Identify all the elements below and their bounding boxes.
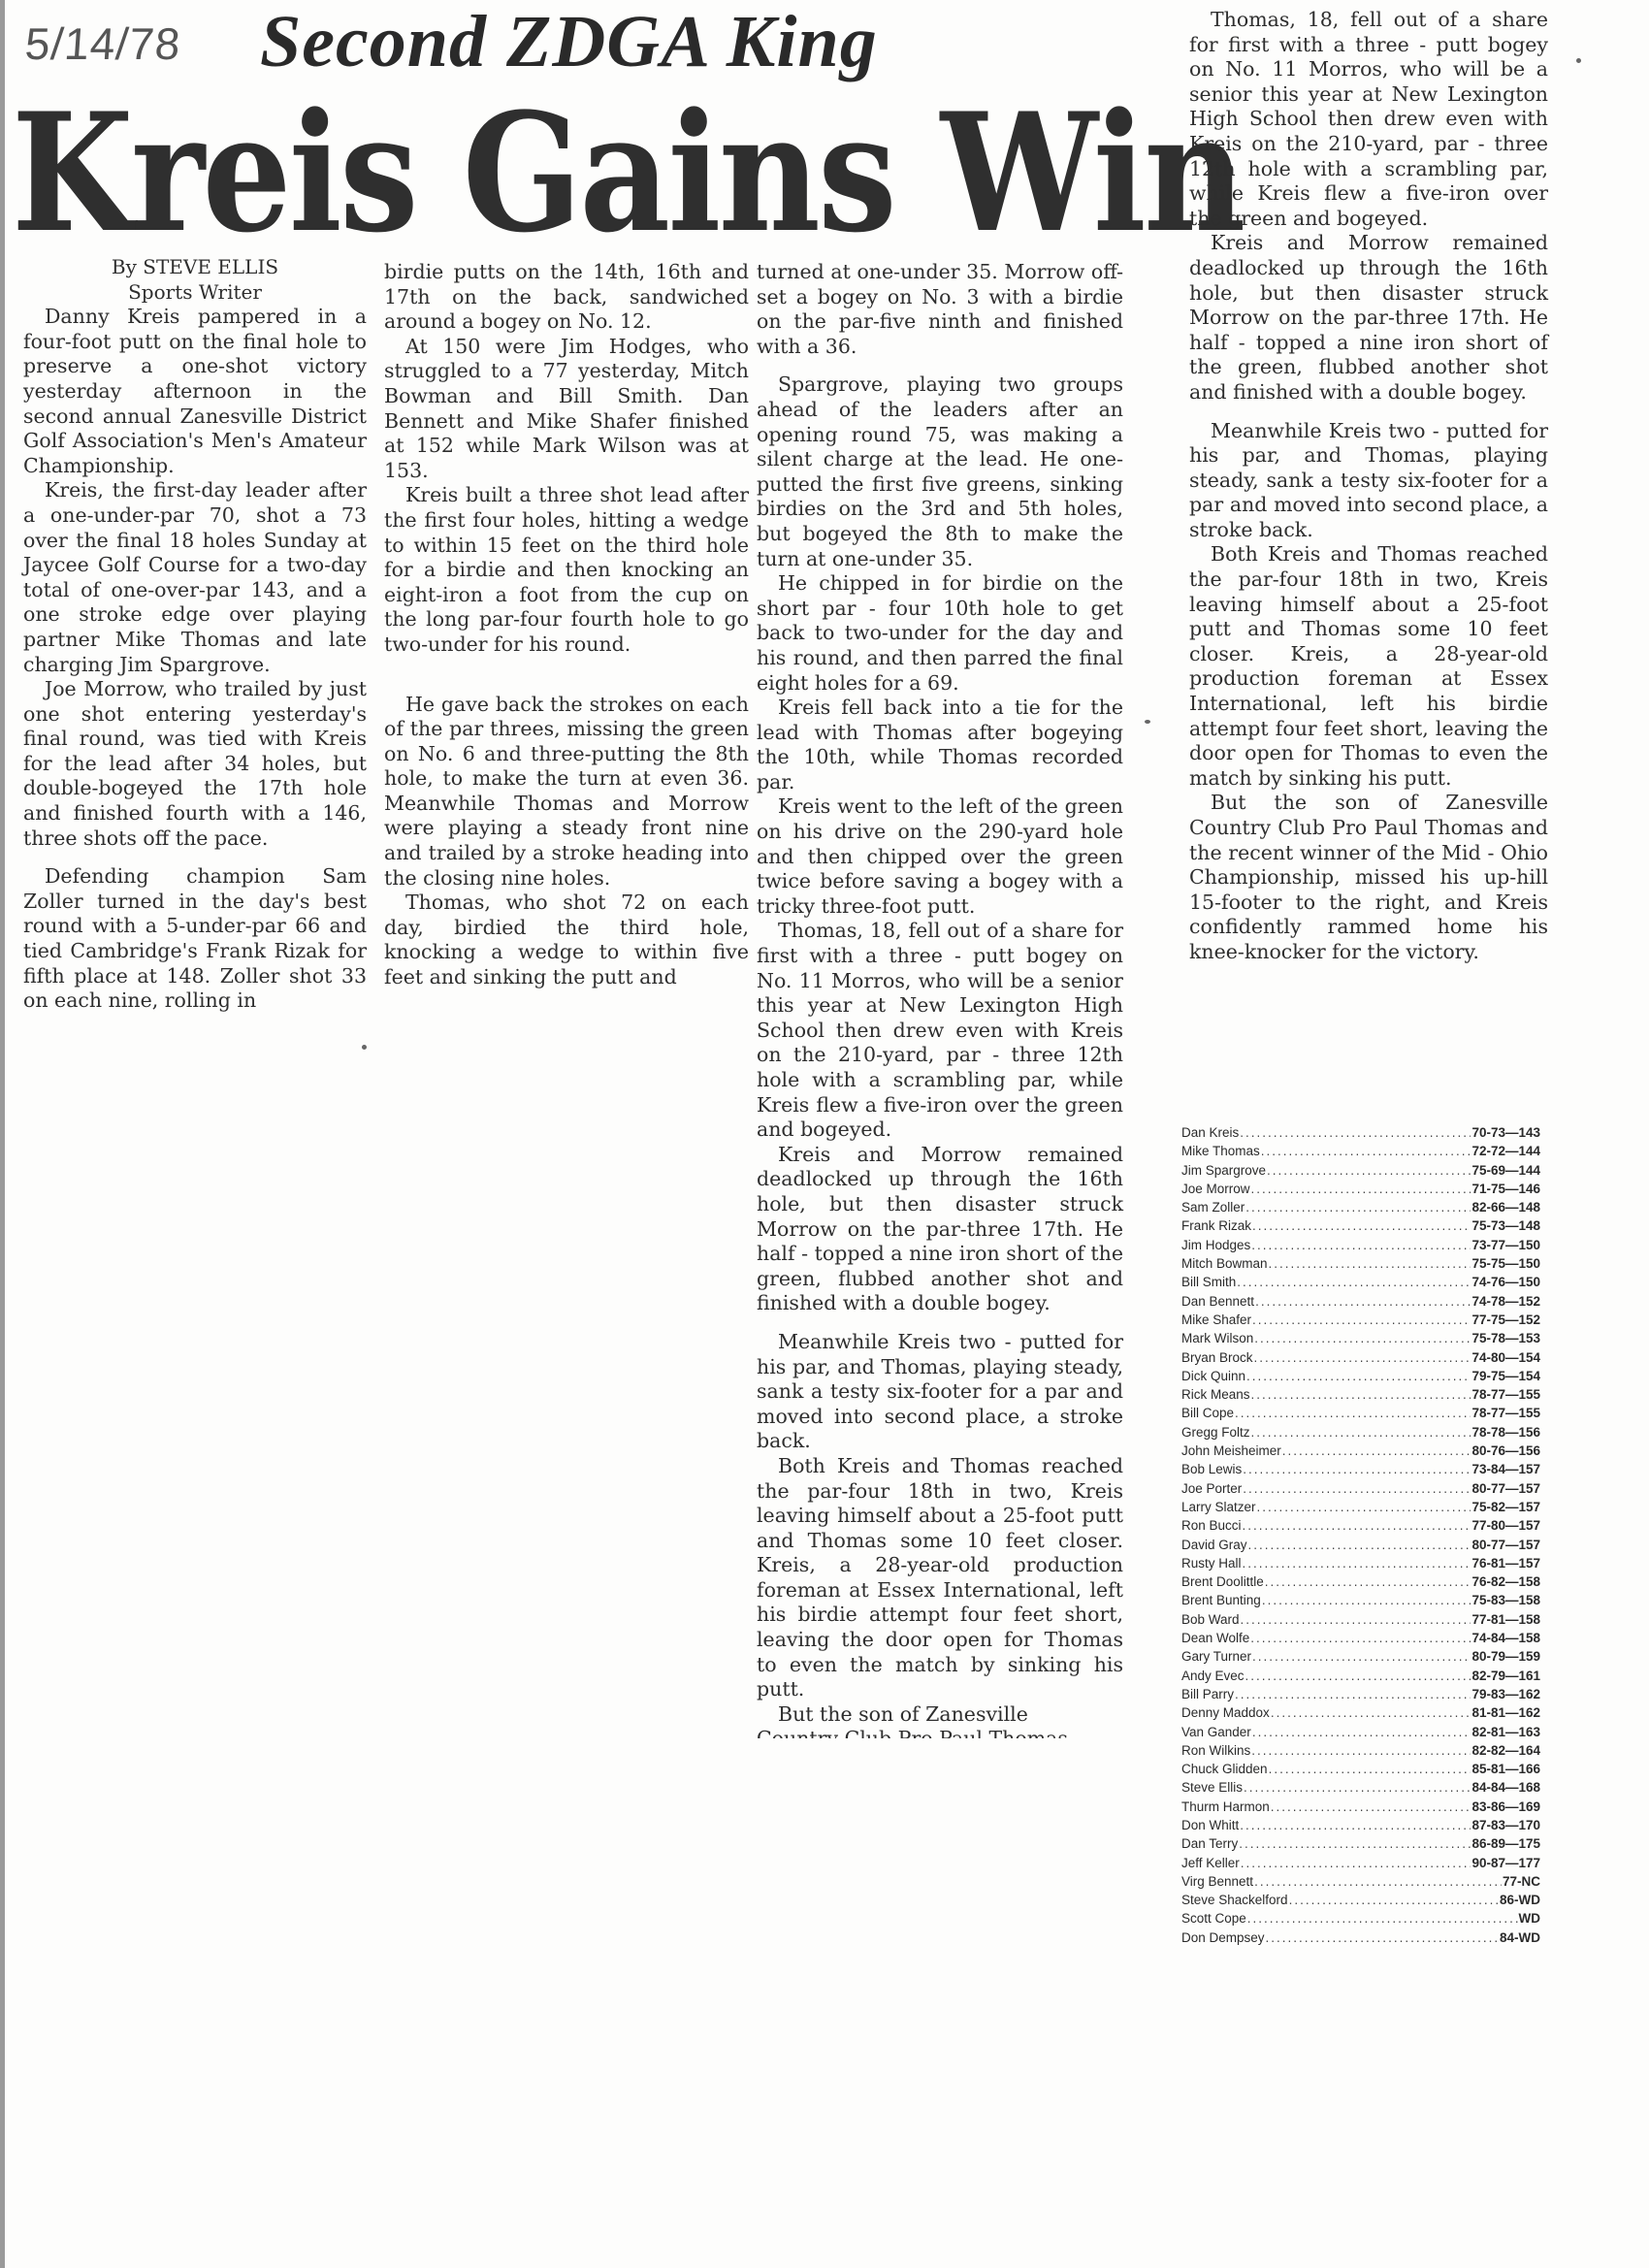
player-score: 75-78—153	[1471, 1329, 1540, 1347]
player-name: Mitch Bowman	[1181, 1254, 1268, 1273]
leader-dots	[1269, 1254, 1471, 1273]
result-row: John Meisheimer80-76—156	[1181, 1442, 1540, 1460]
paragraph: Kreis and Morrow remained deadlocked up …	[757, 1143, 1123, 1316]
player-score: 76-81—157	[1471, 1554, 1540, 1572]
result-row: Denny Maddox81-81—162	[1181, 1703, 1540, 1722]
leader-dots	[1269, 1760, 1471, 1778]
result-row: Mike Thomas72-72—144	[1181, 1142, 1540, 1160]
player-name: Bill Parry	[1181, 1685, 1234, 1703]
player-score: 81-81—162	[1471, 1703, 1540, 1722]
paragraph: Both Kreis and Thomas reached the par-fo…	[1189, 542, 1548, 791]
player-name: Dick Quinn	[1181, 1367, 1245, 1385]
leader-dots	[1251, 1385, 1471, 1404]
paragraph: Thomas, 18, fell out of a share for firs…	[757, 919, 1123, 1142]
leader-dots	[1271, 1798, 1471, 1816]
player-score: 80-77—157	[1471, 1479, 1540, 1498]
leader-dots	[1251, 1423, 1471, 1442]
leader-dots	[1254, 1348, 1471, 1367]
player-name: Ron Wilkins	[1181, 1741, 1250, 1760]
leader-dots	[1235, 1685, 1471, 1703]
player-score: 80-77—157	[1471, 1536, 1540, 1554]
leader-dots	[1239, 1834, 1471, 1853]
player-name: Denny Maddox	[1181, 1703, 1270, 1722]
article-column-2: birdie putts on the 14th, 16th and 17th …	[384, 260, 749, 990]
player-score: 80-79—159	[1471, 1647, 1540, 1666]
player-name: Steve Ellis	[1181, 1778, 1243, 1797]
paragraph: Danny Kreis pampered in a four-foot putt…	[23, 305, 367, 478]
byline-title: Sports Writer	[23, 280, 367, 306]
player-score: 75-73—148	[1471, 1216, 1540, 1235]
player-score: 82-81—163	[1471, 1723, 1540, 1741]
player-name: Gary Turner	[1181, 1647, 1251, 1666]
paragraph: Meanwhile Kreis two - putted for his par…	[1189, 419, 1548, 543]
result-row: Mike Shafer77-75—152	[1181, 1311, 1540, 1329]
article-column-3: turned at one-under 35. Morrow off-set a…	[757, 260, 1123, 1738]
player-name: Bryan Brock	[1181, 1348, 1253, 1367]
result-row: Rick Means78-77—155	[1181, 1385, 1540, 1404]
leader-dots	[1251, 1741, 1471, 1760]
player-name: Joe Morrow	[1181, 1180, 1250, 1198]
paragraph: Kreis fell back into a tie for the lead …	[757, 696, 1123, 794]
player-name: David Gray	[1181, 1536, 1247, 1554]
leader-dots	[1251, 1180, 1471, 1198]
player-name: Jim Spargrove	[1181, 1161, 1266, 1180]
player-name: Mark Wilson	[1181, 1329, 1253, 1347]
player-name: Mike Thomas	[1181, 1142, 1260, 1160]
player-score: 86-89—175	[1471, 1834, 1540, 1853]
result-row: Mitch Bowman75-75—150	[1181, 1254, 1540, 1273]
result-row: Brent Bunting75-83—158	[1181, 1591, 1540, 1609]
leader-dots	[1245, 1198, 1471, 1216]
scan-speck	[362, 1045, 367, 1050]
player-score: 75-83—158	[1471, 1591, 1540, 1609]
leader-dots	[1247, 1909, 1518, 1928]
scan-speck	[1576, 58, 1581, 63]
result-row: Thurm Harmon83-86—169	[1181, 1798, 1540, 1816]
leader-dots	[1243, 1479, 1471, 1498]
player-score: 79-75—154	[1471, 1367, 1540, 1385]
result-row: Jeff Keller90-87—177	[1181, 1854, 1540, 1872]
leader-dots	[1250, 1629, 1471, 1647]
paragraph: Thomas, who shot 72 on each day, birdied…	[384, 891, 749, 989]
player-score: 90-87—177	[1471, 1854, 1540, 1872]
player-score: 80-76—156	[1471, 1442, 1540, 1460]
leader-dots	[1245, 1667, 1471, 1685]
player-name: Dan Terry	[1181, 1834, 1238, 1853]
player-name: Jeff Keller	[1181, 1854, 1240, 1872]
paragraph: But the son of Zanesville	[757, 1702, 1123, 1728]
paragraph: But the son of Zanesville Country Club P…	[1189, 791, 1548, 964]
paragraph: Spargrove, playing two groups ahead of t…	[757, 373, 1123, 571]
handwritten-date: 5/14/78	[23, 17, 182, 70]
byline: By STEVE ELLIS	[23, 255, 367, 280]
result-row: Bill Parry79-83—162	[1181, 1685, 1540, 1703]
result-row: Dan Bennett74-78—152	[1181, 1292, 1540, 1311]
result-row: Ron Wilkins82-82—164	[1181, 1741, 1540, 1760]
result-row: Van Gander82-81—163	[1181, 1723, 1540, 1741]
player-score: 75-75—150	[1471, 1254, 1540, 1273]
results-table: Dan Kreis70-73—143Mike Thomas72-72—144Ji…	[1181, 1123, 1540, 1947]
result-row: Mark Wilson75-78—153	[1181, 1329, 1540, 1347]
scan-left-edge	[0, 0, 5, 2268]
player-score: 74-84—158	[1471, 1629, 1540, 1647]
result-row: Jim Spargrove75-69—144	[1181, 1161, 1540, 1180]
leader-dots	[1257, 1498, 1471, 1516]
result-row: Jim Hodges73-77—150	[1181, 1236, 1540, 1254]
player-score: 73-77—150	[1471, 1236, 1540, 1254]
leader-dots	[1243, 1516, 1471, 1535]
player-score: 71-75—146	[1471, 1180, 1540, 1198]
player-name: Bob Ward	[1181, 1610, 1240, 1629]
player-name: Gregg Foltz	[1181, 1423, 1250, 1442]
result-row: Steve Ellis84-84—168	[1181, 1778, 1540, 1797]
player-name: Brent Bunting	[1181, 1591, 1261, 1609]
paragraph: Meanwhile Kreis two - putted for his par…	[757, 1330, 1123, 1454]
player-name: Mike Shafer	[1181, 1311, 1251, 1329]
leader-dots	[1246, 1367, 1471, 1385]
player-score: 77-75—152	[1471, 1311, 1540, 1329]
result-row: Larry Slatzer75-82—157	[1181, 1498, 1540, 1516]
result-row: David Gray80-77—157	[1181, 1536, 1540, 1554]
player-score: 84-WD	[1500, 1928, 1540, 1947]
leader-dots	[1240, 1816, 1471, 1834]
result-row: Gary Turner80-79—159	[1181, 1647, 1540, 1666]
player-name: Brent Doolittle	[1181, 1572, 1264, 1591]
article-column-1: By STEVE ELLIS Sports Writer Danny Kreis…	[23, 255, 367, 1014]
scan-speck	[1145, 720, 1150, 724]
player-name: Frank Rizak	[1181, 1216, 1251, 1235]
paragraph: Thomas, 18, fell out of a share for firs…	[1189, 8, 1548, 231]
player-name: Larry Slatzer	[1181, 1498, 1256, 1516]
player-score: 77-80—157	[1471, 1516, 1540, 1535]
leader-dots	[1267, 1161, 1471, 1180]
paragraph: Defending champion Sam Zoller turned in …	[23, 864, 367, 1014]
player-score: 72-72—144	[1471, 1142, 1540, 1160]
paragraph: Kreis, the first-day leader after a one-…	[23, 478, 367, 677]
leader-dots	[1265, 1572, 1471, 1591]
player-score: 74-78—152	[1471, 1292, 1540, 1311]
result-row: Brent Doolittle76-82—158	[1181, 1572, 1540, 1591]
paragraph: turned at one-under 35. Morrow off-set a…	[757, 260, 1123, 359]
result-row: Dick Quinn79-75—154	[1181, 1367, 1540, 1385]
player-score: 76-82—158	[1471, 1572, 1540, 1591]
player-name: Chuck Glidden	[1181, 1760, 1268, 1778]
leader-dots	[1261, 1142, 1471, 1160]
result-row: Bill Smith74-76—150	[1181, 1273, 1540, 1291]
cut-off-line: Country Club Pro Paul Thomas	[757, 1727, 1123, 1738]
result-row: Bob Ward77-81—158	[1181, 1610, 1540, 1629]
leader-dots	[1235, 1404, 1471, 1422]
leader-dots	[1251, 1236, 1471, 1254]
player-name: Dean Wolfe	[1181, 1629, 1249, 1647]
result-row: Steve Shackelford86-WD	[1181, 1891, 1540, 1909]
leader-dots	[1254, 1329, 1471, 1347]
player-name: Virg Bennett	[1181, 1872, 1253, 1891]
paragraph: Kreis and Morrow remained deadlocked up …	[1189, 231, 1548, 405]
player-name: Steve Shackelford	[1181, 1891, 1288, 1909]
player-score: WD	[1519, 1909, 1541, 1928]
article-column-4: Thomas, 18, fell out of a share for firs…	[1189, 8, 1548, 965]
player-name: Scott Cope	[1181, 1909, 1246, 1928]
leader-dots	[1254, 1872, 1502, 1891]
leader-dots	[1244, 1778, 1471, 1797]
leader-dots	[1252, 1216, 1471, 1235]
leader-dots	[1240, 1123, 1471, 1142]
result-row: Frank Rizak75-73—148	[1181, 1216, 1540, 1235]
kicker-headline: Second ZDGA King	[260, 0, 878, 84]
result-row: Chuck Glidden85-81—166	[1181, 1760, 1540, 1778]
player-score: 78-77—155	[1471, 1385, 1540, 1404]
leader-dots	[1241, 1610, 1471, 1629]
main-headline: Kreis Gains Win	[12, 85, 1244, 260]
player-score: 77-81—158	[1471, 1610, 1540, 1629]
result-row: Dan Terry86-89—175	[1181, 1834, 1540, 1853]
leader-dots	[1282, 1442, 1471, 1460]
result-row: Rusty Hall76-81—157	[1181, 1554, 1540, 1572]
player-score: 82-79—161	[1471, 1667, 1540, 1685]
player-score: 73-84—157	[1471, 1460, 1540, 1478]
player-name: Don Dempsey	[1181, 1928, 1265, 1947]
result-row: Bill Cope78-77—155	[1181, 1404, 1540, 1422]
result-row: Dan Kreis70-73—143	[1181, 1123, 1540, 1142]
player-name: Sam Zoller	[1181, 1198, 1245, 1216]
paragraph: Joe Morrow, who trailed by just one shot…	[23, 677, 367, 851]
leader-dots	[1241, 1854, 1471, 1872]
result-row: Bryan Brock74-80—154	[1181, 1348, 1540, 1367]
player-score: 74-76—150	[1471, 1273, 1540, 1291]
player-score: 75-82—157	[1471, 1498, 1540, 1516]
player-name: Ron Bucci	[1181, 1516, 1242, 1535]
paragraph: Kreis went to the left of the green on h…	[757, 794, 1123, 919]
leader-dots	[1252, 1647, 1471, 1666]
paragraph: birdie putts on the 14th, 16th and 17th …	[384, 260, 749, 335]
leader-dots	[1252, 1311, 1471, 1329]
result-row: Bob Lewis73-84—157	[1181, 1460, 1540, 1478]
leader-dots	[1243, 1554, 1471, 1572]
paragraph: Both Kreis and Thomas reached the par-fo…	[757, 1454, 1123, 1702]
leader-dots	[1289, 1891, 1499, 1909]
player-name: Don Whitt	[1181, 1816, 1239, 1834]
player-score: 82-82—164	[1471, 1741, 1540, 1760]
player-score: 82-66—148	[1471, 1198, 1540, 1216]
player-score: 75-69—144	[1471, 1161, 1540, 1180]
player-name: Joe Porter	[1181, 1479, 1242, 1498]
player-name: Dan Kreis	[1181, 1123, 1239, 1142]
result-row: Andy Evec82-79—161	[1181, 1667, 1540, 1685]
player-score: 78-77—155	[1471, 1404, 1540, 1422]
leader-dots	[1237, 1273, 1471, 1291]
player-name: Andy Evec	[1181, 1667, 1245, 1685]
player-score: 87-83—170	[1471, 1816, 1540, 1834]
result-row: Scott CopeWD	[1181, 1909, 1540, 1928]
player-name: Jim Hodges	[1181, 1236, 1250, 1254]
player-score: 84-84—168	[1471, 1778, 1540, 1797]
paragraph: At 150 were Jim Hodges, who struggled to…	[384, 335, 749, 484]
result-row: Gregg Foltz78-78—156	[1181, 1423, 1540, 1442]
player-name: John Meisheimer	[1181, 1442, 1281, 1460]
paragraph: He gave back the strokes on each of the …	[384, 693, 749, 891]
player-name: Bob Lewis	[1181, 1460, 1242, 1478]
player-name: Van Gander	[1181, 1723, 1251, 1741]
player-score: 70-73—143	[1471, 1123, 1540, 1142]
result-row: Don Whitt87-83—170	[1181, 1816, 1540, 1834]
leader-dots	[1248, 1536, 1471, 1554]
leader-dots	[1266, 1928, 1499, 1947]
player-name: Dan Bennett	[1181, 1292, 1254, 1311]
player-score: 78-78—156	[1471, 1423, 1540, 1442]
player-name: Rick Means	[1181, 1385, 1250, 1404]
player-name: Thurm Harmon	[1181, 1798, 1270, 1816]
result-row: Sam Zoller82-66—148	[1181, 1198, 1540, 1216]
player-score: 77-NC	[1503, 1872, 1540, 1891]
player-score: 83-86—169	[1471, 1798, 1540, 1816]
leader-dots	[1255, 1292, 1471, 1311]
result-row: Dean Wolfe74-84—158	[1181, 1629, 1540, 1647]
leader-dots	[1271, 1703, 1471, 1722]
result-row: Virg Bennett77-NC	[1181, 1872, 1540, 1891]
paragraph: Kreis built a three shot lead after the …	[384, 483, 749, 657]
result-row: Don Dempsey84-WD	[1181, 1928, 1540, 1947]
player-name: Rusty Hall	[1181, 1554, 1242, 1572]
player-name: Bill Smith	[1181, 1273, 1236, 1291]
player-score: 85-81—166	[1471, 1760, 1540, 1778]
leader-dots	[1262, 1591, 1471, 1609]
player-score: 86-WD	[1500, 1891, 1540, 1909]
player-score: 74-80—154	[1471, 1348, 1540, 1367]
result-row: Joe Morrow71-75—146	[1181, 1180, 1540, 1198]
player-name: Bill Cope	[1181, 1404, 1234, 1422]
leader-dots	[1243, 1460, 1471, 1478]
leader-dots	[1252, 1723, 1471, 1741]
player-score: 79-83—162	[1471, 1685, 1540, 1703]
result-row: Joe Porter80-77—157	[1181, 1479, 1540, 1498]
paragraph: He chipped in for birdie on the short pa…	[757, 571, 1123, 696]
result-row: Ron Bucci77-80—157	[1181, 1516, 1540, 1535]
